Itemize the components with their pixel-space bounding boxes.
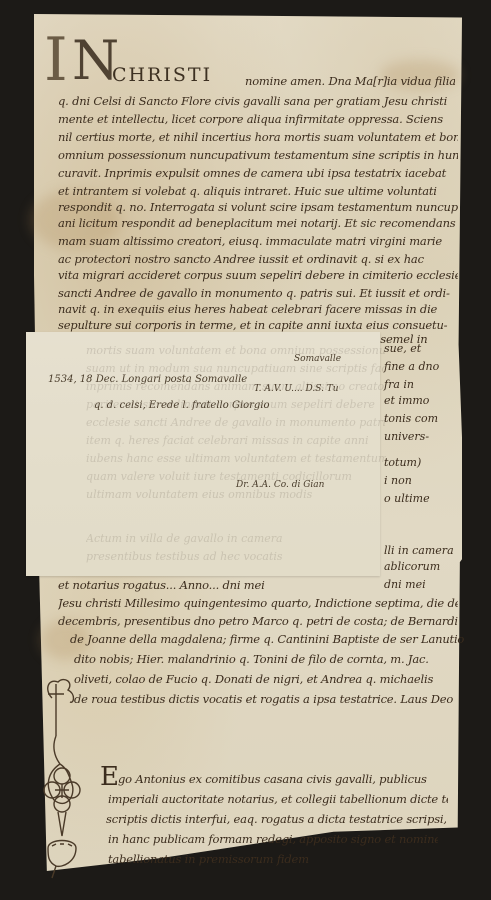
subscription-line: scriptis dictis interfui, eaq. rogatus a… (106, 812, 446, 826)
text-line: de roua testibus dictis vocatis et rogat… (74, 692, 474, 706)
text-line: dito nobis; Hier. malandrinio q. Tonini … (74, 652, 474, 666)
text-line: curavit. Inprimis expulsit omnes de came… (58, 166, 458, 180)
margin-fragment: i non (384, 474, 412, 487)
margin-fragment: ablicorum (384, 560, 440, 573)
heading-word: CHRISTI (112, 64, 212, 86)
text-line: ac protectori nostro sancto Andree iussi… (58, 252, 458, 266)
show-through-line: iubens hanc esse ultimam voluntatem et t… (86, 452, 386, 465)
margin-fragment: o ultime (384, 492, 430, 505)
text-line: Jesu christi Millesimo quingentesimo qua… (58, 596, 458, 610)
archival-note-top-right: Somavalle (294, 354, 341, 364)
show-through-line: Actum in villa de gavallo in camera (86, 532, 386, 545)
margin-fragment: sue, et (384, 342, 421, 355)
archival-note-slip: mortis suam voluntatem et bona omnium po… (26, 332, 380, 576)
margin-fragment: lli in camera (384, 544, 454, 557)
subscription-initial: E (100, 762, 119, 792)
subscription-line: go Antonius ex comitibus casana civis ga… (118, 772, 438, 786)
text-line: respondit q. no. Interrogata si volunt s… (58, 200, 458, 214)
heading-rest: nomine amen. Dna Ma[r]ia vidua filia (245, 74, 455, 88)
text-line: omnium possessionum nuncupativum testame… (58, 148, 458, 162)
archival-note-ref: T. A.V. U.... D.S. Tu (254, 384, 339, 394)
initial-letter-i: I (44, 30, 68, 90)
margin-fragment: et immo (384, 394, 429, 407)
margin-fragment: fra in (384, 378, 414, 391)
margin-fragment: tonis com (384, 412, 438, 425)
margin-fragment: univers- (384, 430, 429, 443)
text-line: sancti Andree de gavallo in monumento q.… (58, 286, 458, 300)
archival-note-heir: q. d. celsi, Erede l. fratello Giorgio (94, 400, 270, 411)
subscription-line: in hanc publicam formam redegi, apposito… (108, 832, 438, 846)
subscription-line: tabellionatus in premissorum fidem (108, 852, 348, 866)
show-through-line: item q. heres faciat celebrari missas in… (86, 434, 386, 447)
margin-fragment: dni mei (384, 578, 426, 591)
text-line: oliveti, colao de Fucio q. Donati de nig… (74, 672, 474, 686)
notarial-signum-icon (38, 676, 84, 881)
margin-fragment: fine a dno (384, 360, 439, 373)
margin-fragment: totum) (384, 456, 421, 469)
text-line: mente et intellectu, licet corpore aliqu… (58, 112, 458, 126)
text-line: q. dni Celsi di Sancto Flore civis gaval… (58, 94, 458, 108)
subscription-line: imperiali auctoritate notarius, et colle… (108, 792, 448, 806)
text-line: et notarius rogatus... Anno... dni mei (58, 578, 378, 592)
text-line: et intrantem si volebat q. aliquis intra… (58, 184, 458, 198)
show-through-line: ecclesie sancti Andree de gavallo in mon… (86, 416, 386, 429)
text-line: mam suam altissimo creatori, eiusq. imma… (58, 234, 458, 248)
text-line: navit q. in exequiis eius heres habeat c… (58, 302, 458, 316)
text-line: nil certius morte, et nihil incertius ho… (58, 130, 458, 144)
text-line: de Joanne della magdalena; firme q. Cant… (70, 632, 470, 646)
archival-note-signature: Dr. A.A. Co. di Gian (236, 480, 324, 490)
text-line: sepulture sui corporis in terme, et in c… (58, 318, 458, 332)
show-through-line: presentibus testibus ad hec vocatis (86, 550, 386, 563)
text-line: ani licitum respondit ad beneplacitum me… (58, 216, 458, 230)
text-line: vita migrari accideret corpus suum sepel… (58, 268, 458, 282)
archival-note-date: 1534, 18 Dec. Longari posta Somavalle (48, 374, 247, 385)
text-line: decembris, presentibus dno petro Marco q… (58, 614, 458, 628)
